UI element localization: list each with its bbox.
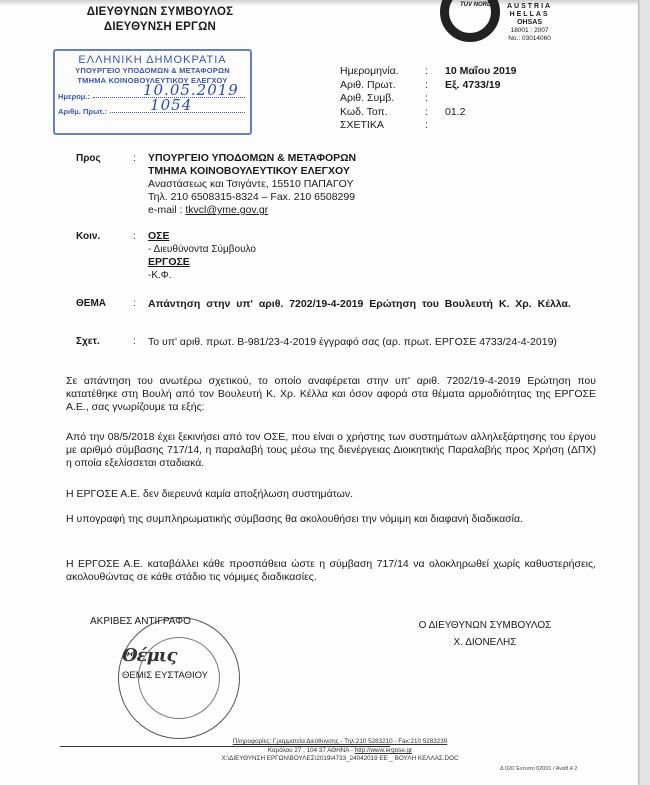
cc-org2-sub: -Κ.Φ. — [148, 269, 256, 282]
cc-list: ΟΣΕ - Διευθύνοντα Σύμβουλο ΕΡΓΟΣΕ -Κ.Φ. — [148, 230, 256, 282]
body-paragraph: Η ΕΡΓΟΣΕ Α.Ε. δεν διερευνά καμία αποξήλω… — [66, 488, 596, 501]
body-paragraph: Η υπογραφή της συμπληρωματικής σύμβασης … — [66, 513, 596, 526]
email-link[interactable]: tkvcl@yme.gov.gr — [185, 204, 268, 216]
meta-sep: : — [425, 65, 445, 79]
cc-label: Κοιν. — [76, 231, 100, 242]
org-title: ΔΙΕΥΘΥΝΩΝ ΣΥΜΒΟΥΛΟΣ — [0, 5, 320, 20]
stamp-date-label: Ημερομ.: — [58, 92, 90, 101]
signatory-block: Ο ΔΙΕΥΘΥΝΩΝ ΣΥΜΒΟΥΛΟΣ Χ. ΔΙΟΝΕΛΗΣ — [385, 617, 585, 651]
received-stamp: ΕΛΛΗΝΙΚΗ ΔΗΜΟΚΡΑΤΙΑ ΥΠΟΥΡΓΕΙΟ ΥΠΟΔΟΜΩΝ &… — [53, 49, 252, 135]
subject-colon: : — [133, 298, 136, 309]
certified-copy-name: ΘΕΜΙΣ ΕΥΣΤΑΘΙΟΥ — [122, 670, 208, 681]
footer-address: Καρόλου 27 , 104 37 ΑΘΗΝΑ - — [268, 747, 355, 754]
stamp-line2: ΥΠΟΥΡΓΕΙΟ ΥΠΟΔΟΜΩΝ & ΜΕΤΑΦΟΡΩΝ — [55, 66, 250, 76]
document-meta: Ημερομηνία.:10 Μαΐου 2019 Αριθ. Πρωτ.:Εξ… — [340, 65, 517, 133]
footer-url[interactable]: http://www.ergose.gr — [355, 747, 412, 754]
cert-line3: OHSAS — [507, 19, 552, 27]
cert-line5: No.: 03014060 — [507, 35, 552, 43]
copy-signature: Θέμις — [122, 645, 176, 666]
stamp-protocol-value: 1054 — [150, 96, 192, 114]
subject-label: ΘΕΜΑ — [76, 298, 106, 309]
recipient-colon: : — [133, 153, 136, 164]
recipient-street: Αναστάσεως και Τσιγάντε, 15510 ΠΑΠΑΓΟΥ — [148, 178, 356, 191]
meta-row: Κωδ. Τοπ.:01.2 — [340, 106, 517, 120]
recipient-org: ΥΠΟΥΡΓΕΙΟ ΥΠΟΔΟΜΩΝ & ΜΕΤΑΦΟΡΩΝ — [148, 152, 356, 165]
recipient-label: Προς — [76, 153, 101, 164]
body-paragraph: Σε απάντηση του ανωτέρω σχετικού, το οπο… — [66, 375, 596, 414]
stamp-line1: ΕΛΛΗΝΙΚΗ ΔΗΜΟΚΡΑΤΙΑ — [55, 54, 250, 66]
recipient-phone: Τηλ. 210 6508315-8324 – Fax. 210 6508299 — [148, 191, 356, 204]
stamp-protocol-label: Αριθμ. Πρωτ.: — [58, 107, 107, 116]
cert-logo-text: TUV NORD — [460, 2, 491, 8]
certification-text: AUSTRIA HELLAS OHSAS 18001 : 2007 No.: 0… — [507, 3, 552, 43]
org-department: ΔΙΕΥΘΥΝΣΗ ΕΡΓΩΝ — [0, 20, 320, 35]
meta-key: Αριθ. Συμβ. — [340, 92, 425, 106]
footer-contact: Πληροφορίες: Γραμματεία Διεύθυνσης - Τηλ… — [233, 738, 448, 745]
body-paragraph: Από την 08/5/2018 έχει ξεκινήσει από τον… — [66, 431, 596, 470]
cert-line1: AUSTRIA — [507, 3, 552, 11]
meta-value: 01.2 — [445, 106, 465, 120]
email-label: e-mail : — [148, 204, 185, 216]
footer-address-row: Καρόλου 27 , 104 37 ΑΘΗΝΑ - http://www.e… — [130, 747, 550, 755]
body-paragraph: Η ΕΡΓΟΣΕ Α.Ε. καταβάλλει κάθε προσπάθεια… — [66, 558, 596, 584]
related-colon: : — [133, 336, 136, 347]
meta-row: ΣΧΕΤΙΚΑ: — [340, 119, 517, 133]
meta-key: Ημερομηνία. — [340, 65, 425, 79]
cc-org2: ΕΡΓΟΣΕ — [148, 256, 256, 269]
certified-copy-label: ΑΚΡΙΒΕΣ ΑΝΤΙΓΡΑΦΟ — [90, 616, 191, 627]
cc-org1: ΟΣΕ — [148, 230, 256, 243]
signatory-name: Χ. ΔΙΟΝΕΛΗΣ — [385, 634, 585, 651]
meta-sep: : — [425, 106, 445, 120]
meta-sep: : — [425, 79, 445, 93]
document-page: ΔΙΕΥΘΥΝΩΝ ΣΥΜΒΟΥΛΟΣ ΔΙΕΥΘΥΝΣΗ ΕΡΓΩΝ ΕΛΛΗ… — [0, 0, 638, 785]
signatory-title: Ο ΔΙΕΥΘΥΝΩΝ ΣΥΜΒΟΥΛΟΣ — [385, 617, 585, 634]
meta-value: 10 Μαΐου 2019 — [445, 65, 517, 79]
meta-key: ΣΧΕΤΙΚΑ — [340, 119, 425, 133]
cc-colon: : — [133, 231, 136, 242]
recipient-address: ΥΠΟΥΡΓΕΙΟ ΥΠΟΔΟΜΩΝ & ΜΕΤΑΦΟΡΩΝ ΤΜΗΜΑ ΚΟΙ… — [148, 152, 356, 217]
footer-filepath: Χ:\ΔΙΕΥΘΥΝΣΗ ΕΡΓΩΝ\ΒΟΥΛΕΣ\2019\4733_2404… — [130, 755, 550, 763]
recipient-dept: ΤΜΗΜΑ ΚΟΙΝΟΒΟΥΛΕΥΤΙΚΟΥ ΕΛΕΓΧΟΥ — [148, 165, 356, 178]
meta-row: Αριθ. Πρωτ.:Εξ. 4733/19 — [340, 79, 517, 93]
meta-value: Εξ. 4733/19 — [445, 79, 500, 93]
related-text: Το υπ' αριθ. πρωτ. Β-981/23-4-2019 έγγρα… — [148, 336, 600, 349]
meta-sep: : — [425, 119, 445, 133]
meta-row: Αριθ. Συμβ.: — [340, 92, 517, 106]
stamp-protocol-row: Αριθμ. Πρωτ.: 1054 — [55, 101, 250, 116]
cc-org1-sub: - Διευθύνοντα Σύμβουλο — [148, 243, 256, 256]
related-label: Σχετ. — [76, 336, 100, 347]
footer-info: Πληροφορίες: Γραμματεία Διεύθυνσης - Τηλ… — [130, 738, 550, 746]
form-code: Δ 020 Έντυπο 02001 / Αναθ.4.2 — [500, 766, 577, 772]
meta-row: Ημερομηνία.:10 Μαΐου 2019 — [340, 65, 517, 79]
subject-text: Απάντηση στην υπ' αριθ. 7202/19-4-2019 Ε… — [148, 298, 600, 311]
meta-key: Κωδ. Τοπ. — [340, 106, 425, 120]
cert-line2: HELLAS — [507, 11, 552, 19]
meta-sep: : — [425, 92, 445, 106]
meta-key: Αριθ. Πρωτ. — [340, 79, 425, 93]
cert-line4: 18001 : 2007 — [507, 27, 552, 35]
